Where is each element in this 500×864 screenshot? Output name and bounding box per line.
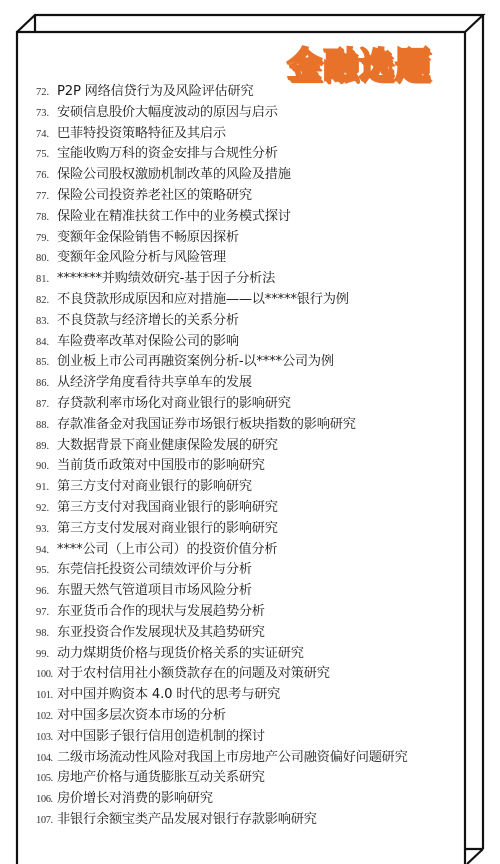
topic-number: 107. xyxy=(36,811,57,832)
topic-number: 74. xyxy=(36,125,57,146)
topic-number: 103. xyxy=(36,728,57,749)
list-item: 90.当前货币政策对中国股市的影响研究 xyxy=(36,456,408,477)
topic-number: 78. xyxy=(36,208,57,229)
list-item: 104.二级市场流动性风险对我国上市房地产公司融资偏好问题研究 xyxy=(36,748,408,769)
page-title: 金融选题 xyxy=(287,49,431,84)
topic-title: 保险公司投资养老社区的策略研究 xyxy=(57,186,252,207)
topic-number: 102. xyxy=(36,707,57,728)
topic-number: 77. xyxy=(36,187,57,208)
list-item: 103.对中国影子银行信用创造机制的探讨 xyxy=(36,727,408,748)
list-item: 107.非银行余额宝类产品发展对银行存款影响研究 xyxy=(36,810,408,831)
list-item: 105.房地产价格与通货膨胀互动关系研究 xyxy=(36,768,408,789)
topic-title: 东亚投资合作发展现状及其趋势研究 xyxy=(57,623,265,644)
topic-title: 车险费率改革对保险公司的影响 xyxy=(57,332,239,353)
topic-title: 第三方支付对商业银行的影响研究 xyxy=(57,477,252,498)
topic-number: 82. xyxy=(36,291,57,312)
topic-title: 宝能收购万科的资金安排与合规性分析 xyxy=(57,144,278,165)
topic-title: 不良贷款形成原因和应对措施——以*****银行为例 xyxy=(57,290,349,311)
topic-number: 85. xyxy=(36,353,57,374)
topic-title: 动力煤期货价格与现货价格关系的实证研究 xyxy=(57,644,304,665)
list-item: 94.****公司（上市公司）的投资价值分析 xyxy=(36,540,408,561)
list-item: 74.巴菲特投资策略特征及其启示 xyxy=(36,124,408,145)
topic-title: 房价增长对消费的影响研究 xyxy=(57,789,213,810)
list-item: 83.不良贷款与经济增长的关系分析 xyxy=(36,311,408,332)
topic-title: 存款准备金对我国证券市场银行板块指数的影响研究 xyxy=(57,415,356,436)
list-item: 96.东盟天然气管道项目市场风险分析 xyxy=(36,581,408,602)
topic-list: 72.P2P 网络信贷行为及风险评估研究73.安硕信息股价大幅度波动的原因与启示… xyxy=(36,82,408,831)
list-item: 92.第三方支付对我国商业银行的影响研究 xyxy=(36,498,408,519)
topic-title: ****公司（上市公司）的投资价值分析 xyxy=(57,540,277,561)
topic-title: 巴菲特投资策略特征及其启示 xyxy=(57,124,226,145)
list-item: 72.P2P 网络信贷行为及风险评估研究 xyxy=(36,82,408,103)
topic-number: 87. xyxy=(36,395,57,416)
list-item: 87.存贷款利率市场化对商业银行的影响研究 xyxy=(36,394,408,415)
list-item: 79.变额年金保险销售不畅原因探析 xyxy=(36,228,408,249)
topic-title: 东亚货币合作的现状与发展趋势分析 xyxy=(57,602,265,623)
list-item: 98.东亚投资合作发展现状及其趋势研究 xyxy=(36,623,408,644)
list-item: 99.动力煤期货价格与现货价格关系的实证研究 xyxy=(36,644,408,665)
topic-title: 保险业在精准扶贫工作中的业务模式探讨 xyxy=(57,207,291,228)
topic-number: 89. xyxy=(36,437,57,458)
list-item: 106.房价增长对消费的影响研究 xyxy=(36,789,408,810)
topic-title: 东盟天然气管道项目市场风险分析 xyxy=(57,581,252,602)
topic-title: 从经济学角度看待共享单车的发展 xyxy=(57,373,252,394)
topic-title: 存贷款利率市场化对商业银行的影响研究 xyxy=(57,394,291,415)
topic-number: 83. xyxy=(36,312,57,333)
list-item: 82.不良贷款形成原因和应对措施——以*****银行为例 xyxy=(36,290,408,311)
topic-number: 73. xyxy=(36,104,57,125)
list-item: 78.保险业在精准扶贫工作中的业务模式探讨 xyxy=(36,207,408,228)
list-item: 85.创业板上市公司再融资案例分析-以****公司为例 xyxy=(36,352,408,373)
topic-number: 94. xyxy=(36,541,57,562)
list-item: 80.变额年金风险分析与风险管理 xyxy=(36,248,408,269)
topic-number: 84. xyxy=(36,333,57,354)
topic-number: 100. xyxy=(36,665,57,686)
list-item: 81.*******并购绩效研究-基于因子分析法 xyxy=(36,269,408,290)
topic-number: 81. xyxy=(36,270,57,291)
topic-title: 第三方支付发展对商业银行的影响研究 xyxy=(57,519,278,540)
list-item: 93.第三方支付发展对商业银行的影响研究 xyxy=(36,519,408,540)
list-item: 95.东莞信托投资公司绩效评价与分析 xyxy=(36,560,408,581)
topic-number: 97. xyxy=(36,603,57,624)
topic-title: 变额年金风险分析与风险管理 xyxy=(57,248,226,269)
list-item: 88.存款准备金对我国证券市场银行板块指数的影响研究 xyxy=(36,415,408,436)
topic-number: 93. xyxy=(36,520,57,541)
right-bottom-diagonal xyxy=(467,849,483,864)
topic-title: 大数据背景下商业健康保险发展的研究 xyxy=(57,436,278,457)
topic-number: 92. xyxy=(36,499,57,520)
topic-number: 91. xyxy=(36,478,57,499)
list-item: 89.大数据背景下商业健康保险发展的研究 xyxy=(36,436,408,457)
topic-number: 106. xyxy=(36,790,57,811)
list-item: 101.对中国并购资本 4.0 时代的思考与研究 xyxy=(36,685,408,706)
topic-title: 不良贷款与经济增长的关系分析 xyxy=(57,311,239,332)
topic-title: 对中国多层次资本市场的分析 xyxy=(57,706,226,727)
topic-number: 98. xyxy=(36,624,57,645)
topic-number: 72. xyxy=(36,83,57,104)
topic-number: 80. xyxy=(36,249,57,270)
topic-title: 房地产价格与通货膨胀互动关系研究 xyxy=(57,768,265,789)
topic-title: *******并购绩效研究-基于因子分析法 xyxy=(57,269,275,290)
list-item: 86.从经济学角度看待共享单车的发展 xyxy=(36,373,408,394)
topic-number: 96. xyxy=(36,582,57,603)
topic-title: 对中国影子银行信用创造机制的探讨 xyxy=(57,727,265,748)
topic-title: 东莞信托投资公司绩效评价与分析 xyxy=(57,560,252,581)
topic-number: 79. xyxy=(36,229,57,250)
topic-number: 95. xyxy=(36,561,57,582)
topic-title: 变额年金保险销售不畅原因探析 xyxy=(57,228,239,249)
topic-title: 保险公司股权激励机制改革的风险及措施 xyxy=(57,165,291,186)
topic-number: 86. xyxy=(36,374,57,395)
topic-title: 对中国并购资本 4.0 时代的思考与研究 xyxy=(57,685,280,706)
topic-title: 对于农村信用社小额贷款存在的问题及对策研究 xyxy=(57,664,330,685)
list-item: 84.车险费率改革对保险公司的影响 xyxy=(36,332,408,353)
list-item: 76.保险公司股权激励机制改革的风险及措施 xyxy=(36,165,408,186)
topic-title: 创业板上市公司再融资案例分析-以****公司为例 xyxy=(57,352,334,373)
list-item: 100.对于农村信用社小额贷款存在的问题及对策研究 xyxy=(36,664,408,685)
topic-number: 75. xyxy=(36,145,57,166)
topic-number: 90. xyxy=(36,457,57,478)
topic-number: 88. xyxy=(36,416,57,437)
list-item: 97.东亚货币合作的现状与发展趋势分析 xyxy=(36,602,408,623)
topic-title: 安硕信息股价大幅度波动的原因与启示 xyxy=(57,103,278,124)
top-back-edge xyxy=(17,15,483,32)
topic-title: 非银行余额宝类产品发展对银行存款影响研究 xyxy=(57,810,317,831)
list-item: 75.宝能收购万科的资金安排与合规性分析 xyxy=(36,144,408,165)
topic-number: 101. xyxy=(36,686,57,707)
list-item: 91.第三方支付对商业银行的影响研究 xyxy=(36,477,408,498)
topic-title: 二级市场流动性风险对我国上市房地产公司融资偏好问题研究 xyxy=(57,748,408,769)
list-item: 77.保险公司投资养老社区的策略研究 xyxy=(36,186,408,207)
topic-number: 105. xyxy=(36,769,57,790)
topic-title: P2P 网络信贷行为及风险评估研究 xyxy=(57,82,254,103)
topic-title: 当前货币政策对中国股市的影响研究 xyxy=(57,456,265,477)
topic-number: 99. xyxy=(36,645,57,666)
list-item: 102.对中国多层次资本市场的分析 xyxy=(36,706,408,727)
list-item: 73.安硕信息股价大幅度波动的原因与启示 xyxy=(36,103,408,124)
topic-title: 第三方支付对我国商业银行的影响研究 xyxy=(57,498,278,519)
topic-number: 76. xyxy=(36,166,57,187)
topic-number: 104. xyxy=(36,749,57,770)
